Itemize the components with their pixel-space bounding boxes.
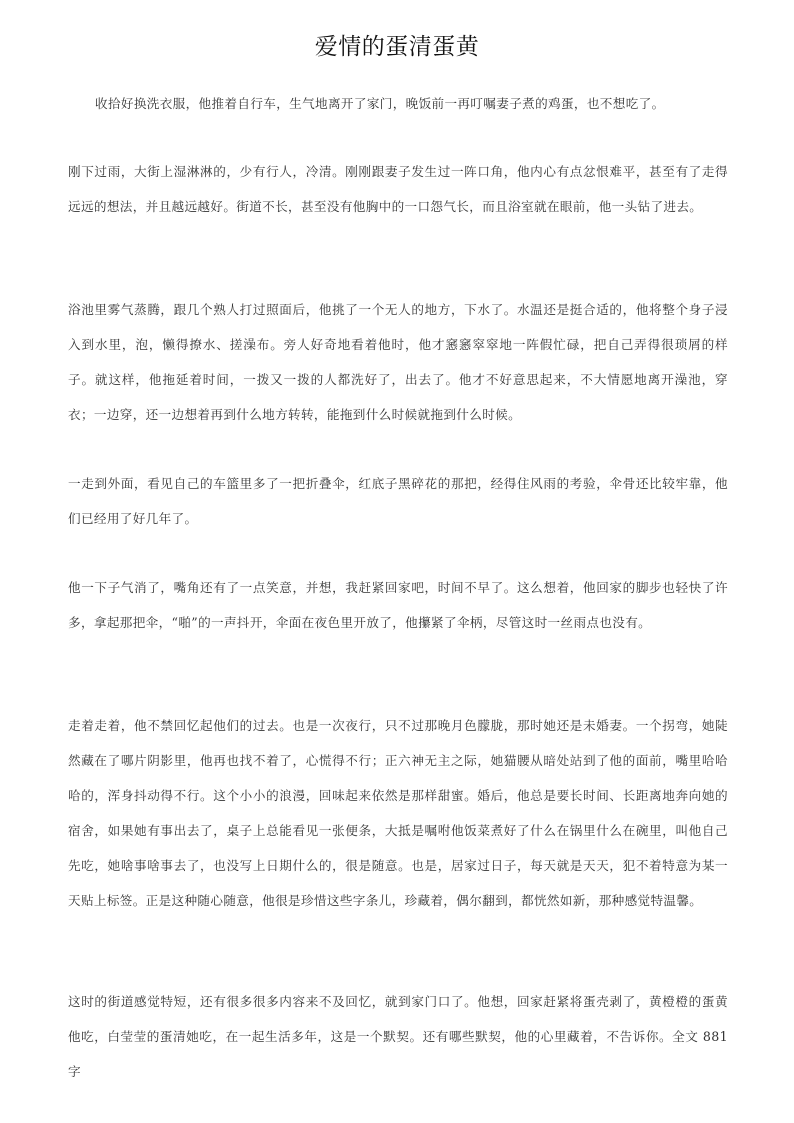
paragraph-4: 一走到外面，看见自己的车篮里多了一把折叠伞，红底子黑碎花的那把，经得住风雨的考验… — [68, 466, 728, 536]
paragraph-7: 这时的街道感觉特短，还有很多很多内容来不及回忆，就到家门口了。他想，回家赶紧将蛋… — [68, 984, 728, 1089]
page-title: 爱情的蛋清蛋黄 — [0, 30, 794, 64]
paragraph-5: 他一下子气消了，嘴角还有了一点笑意，并想，我赶紧回家吧，时间不早了。这么想着，他… — [68, 570, 728, 640]
paragraph-1: 收拾好换洗衣服，他推着自行车，生气地离开了家门，晚饭前一再叮嘱妻子煮的鸡蛋，也不… — [68, 86, 728, 121]
paragraph-3: 浴池里雾气蒸腾，跟几个熟人打过照面后，他挑了一个无人的地方，下水了。水温还是挺合… — [68, 292, 728, 432]
paragraph-2: 刚下过雨，大街上湿淋淋的，少有行人，冷清。刚刚跟妻子发生过一阵口角，他内心有点忿… — [68, 154, 728, 224]
paragraph-6: 走着走着，他不禁回忆起他们的过去。也是一次夜行，只不过那晚月色朦胧，那时她还是未… — [68, 708, 728, 918]
